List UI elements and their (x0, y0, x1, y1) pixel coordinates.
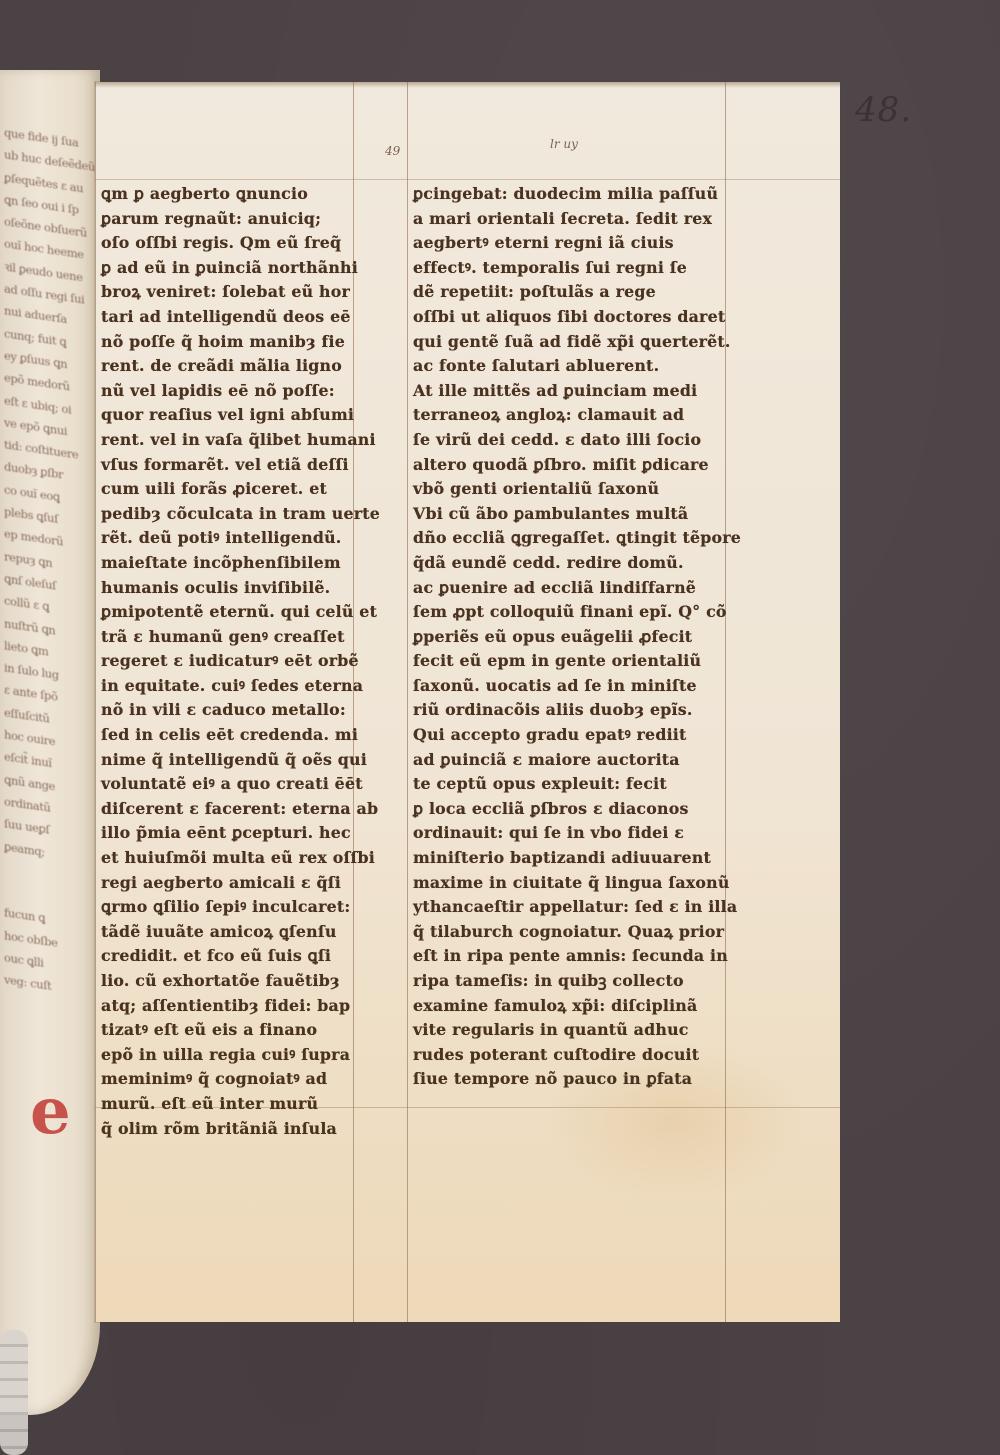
ruling-line (95, 82, 96, 1322)
manuscript-line: ythancaeſtir appellatur: ſed ɛ in illa (413, 895, 719, 920)
manuscript-line: murũ. eſt eũ inter murũ (101, 1092, 371, 1117)
text-column-a: ꝗm ꝑ aegberto ꝗnuncioꝑarum regnaũt: anui… (101, 182, 366, 1141)
manuscript-line: At ille mittẽs ad ꝑuinciam medi (413, 379, 719, 404)
manuscript-line: examine famuloꝝ xp̃i: diſciplinã (413, 994, 719, 1019)
manuscript-line: cum uili forãs ꝓiceret. et (101, 477, 371, 502)
manuscript-line: ꝑmipotentẽ eternũ. qui celũ et (101, 600, 371, 625)
manuscript-line: fecit eũ epm in gente orientaliũ (413, 649, 719, 674)
manuscript-line: ac ꝑuenire ad eccliã lindiſfarnẽ (413, 576, 719, 601)
manuscript-line: diſcerent ɛ facerent: eterna ab (101, 797, 371, 822)
manuscript-line: tizatꝰ eſt eũ eis a finano (101, 1018, 371, 1043)
manuscript-line: terraneoꝝ angloꝝ: clamauit ad (413, 403, 719, 428)
manuscript-line: ſaxonũ. uocatis ad ſe in miniſte (413, 674, 719, 699)
manuscript-line: ripa tameſis: in quibꝫ collecto (413, 969, 719, 994)
manuscript-line: riũ ordinacõis aliis duobȝ epĩs. (413, 698, 719, 723)
manuscript-line: ac fonte ſalutari abluerent. (413, 354, 719, 379)
manuscript-line: ꝑperiẽs eũ opus euãgelii ꝓfecit (413, 625, 719, 650)
manuscript-line: ꝑ ad eũ in ꝑuinciã northãnhi (101, 256, 371, 281)
manuscript-line: trã ɛ humanũ genꝰ creaſſet (101, 625, 371, 650)
manuscript-line: dño eccliã ꝗgregaſſet. ꝗtingit tẽpore (413, 526, 719, 551)
manuscript-line: vſus formarẽt. vel etiã deſſi (101, 453, 371, 478)
manuscript-line: maxime in ciuitate q̃ lingua ſaxonũ (413, 871, 719, 896)
manuscript-line: tari ad intelligendũ deos eē (101, 305, 371, 330)
manuscript-line: te ceptũ opus expleuit: fecit (413, 772, 719, 797)
manuscript-line: effectꝰ. temporalis ſui regni ſe (413, 256, 719, 281)
manuscript-folio: 48. 49 lr uy ꝗm ꝑ aegberto ꝗnuncioꝑarum … (95, 82, 840, 1322)
manuscript-line: Vbi cũ ãbo ꝑambulantes multã (413, 502, 719, 527)
folio-number: 48. (855, 90, 912, 130)
manuscript-line: ſem ꝓpt colloquiũ finani epĩ. Q° cõ (413, 600, 719, 625)
manuscript-line: epõ in uilla regia cuiꝰ ſupra (101, 1043, 371, 1068)
manuscript-line: Qui accepto gradu epatꝰ rediit (413, 723, 719, 748)
manuscript-line: ꝗrmo ꝗſilio ſepiꝰ inculcaret: (101, 895, 371, 920)
manuscript-line: pedibȝ cõculcata in tram uerte (101, 502, 371, 527)
manuscript-line: tãdẽ iuuãte amicoꝝ ꝗſenſu (101, 920, 371, 945)
rubricated-initial: e (30, 1080, 71, 1144)
manuscript-line: qui gentẽ ſuã ad fidẽ xp̃i ꝗuerterẽt. (413, 330, 719, 355)
manuscript-line: voluntatẽ eiꝰ a quo creati ēēt (101, 772, 371, 797)
manuscript-line: ꝗm ꝑ aegberto ꝗnuncio (101, 182, 371, 207)
manuscript-line: vite regularis in quantũ adhuc (413, 1018, 719, 1043)
manuscript-line: aegbertꝰ eterni regni iã ciuis (413, 231, 719, 256)
folio-top-edge (95, 82, 840, 88)
manuscript-line: oſſbi ut aliquos ſibi doctores daret (413, 305, 719, 330)
facing-page-curled: que fide ij ſuaub huc deſeẽdeũꝑſequẽtes … (0, 70, 100, 1415)
binding-tie (0, 1330, 28, 1455)
manuscript-line: ordinauit: qui ſe in vbo fidei ɛ (413, 821, 719, 846)
manuscript-line: nõ in vili ɛ caduco metallo: (101, 698, 371, 723)
running-mark-left: 49 (385, 144, 400, 158)
manuscript-line: altero quodã ꝑſbro. miſit ꝑdicare (413, 453, 719, 478)
manuscript-line: atq; aſſentientibȝ fidei: bap (101, 994, 371, 1019)
manuscript-line: q̃dã eundẽ cedd. redire domũ. (413, 551, 719, 576)
manuscript-line: ſiue tempore nõ pauco in ꝑfata (413, 1067, 719, 1092)
manuscript-line: a mari orientali ſecreta. ſedit rex (413, 207, 719, 232)
manuscript-line: nõ poſſe q̃ hoim manibȝ fie (101, 330, 371, 355)
manuscript-line: credidit. et fco eũ ſuis ꝗſi (101, 944, 371, 969)
manuscript-line: rent. vel in vaſa q̃libet humani (101, 428, 371, 453)
manuscript-line: broꝝ veniret: ſolebat eũ hor (101, 280, 371, 305)
ruling-line (95, 179, 840, 180)
manuscript-line: dẽ repetiit: poſtulãs a rege (413, 280, 719, 305)
manuscript-line: humanis oculis inviſibilẽ. (101, 576, 371, 601)
manuscript-line: et huiuſmõi multa eũ rex oſſbi (101, 846, 371, 871)
manuscript-line: regi aegberto amicali ɛ q̃ſi (101, 871, 371, 896)
manuscript-line: eſt in ripa pente amnis: ſecunda in (413, 944, 719, 969)
manuscript-line: maieſtate incõphenſibilem (101, 551, 371, 576)
manuscript-line: ꝑarum regnaũt: anuiciq; (101, 207, 371, 232)
manuscript-line: in equitate. cuiꝰ ſedes eterna (101, 674, 371, 699)
manuscript-line: ꝑ loca eccliã ꝑſbros ɛ diaconos (413, 797, 719, 822)
manuscript-line: rudes poterant cuſtodire docuit (413, 1043, 719, 1068)
manuscript-line: ꝑcingebat: duodecim milia paſſuũ (413, 182, 719, 207)
manuscript-line: rẽt. deũ potiꝰ intelligendũ. (101, 526, 371, 551)
manuscript-line: nũ vel lapidis eē nõ poſſe: (101, 379, 371, 404)
manuscript-line: illo p̃mia eēnt ꝑcepturi. hec (101, 821, 371, 846)
manuscript-line: meminimꝰ q̃ cognoiatꝰ ad (101, 1067, 371, 1092)
manuscript-line: ad ꝑuinciã ɛ maiore auctorita (413, 748, 719, 773)
manuscript-line: miniſterio baptizandi adiuuarent (413, 846, 719, 871)
ruling-line (407, 82, 408, 1322)
manuscript-line: regeret ɛ iudicaturꝰ eēt orbẽ (101, 649, 371, 674)
manuscript-line: ſed in celis eēt credenda. mi (101, 723, 371, 748)
manuscript-line: lio. cũ exhortatõe fauẽtibȝ (101, 969, 371, 994)
text-column-b: ꝑcingebat: duodecim milia paſſuũa mari o… (413, 182, 713, 1092)
manuscript-line: rent. de creãdi mãlia ligno (101, 354, 371, 379)
manuscript-line: quor reaſius vel igni abſumi (101, 403, 371, 428)
manuscript-line: oſo oſſbi regis. Qm eũ ſreq̃ (101, 231, 371, 256)
manuscript-line: ſe virũ dei cedd. ɛ dato illi ſocio (413, 428, 719, 453)
manuscript-line: q̃ tilaburch cognoiatur. Quaꝝ prior (413, 920, 719, 945)
manuscript-line: vbõ genti orientaliũ ſaxonũ (413, 477, 719, 502)
ruling-line (725, 82, 726, 1322)
manuscript-line: nime q̃ intelligendũ q̃ oẽs qui (101, 748, 371, 773)
facing-page-text: que fide ij ſuaub huc deſeẽdeũꝑſequẽtes … (4, 128, 100, 998)
running-mark-right: lr uy (550, 137, 578, 151)
manuscript-line: q̃ olim rõm britãniã inſula (101, 1117, 371, 1142)
